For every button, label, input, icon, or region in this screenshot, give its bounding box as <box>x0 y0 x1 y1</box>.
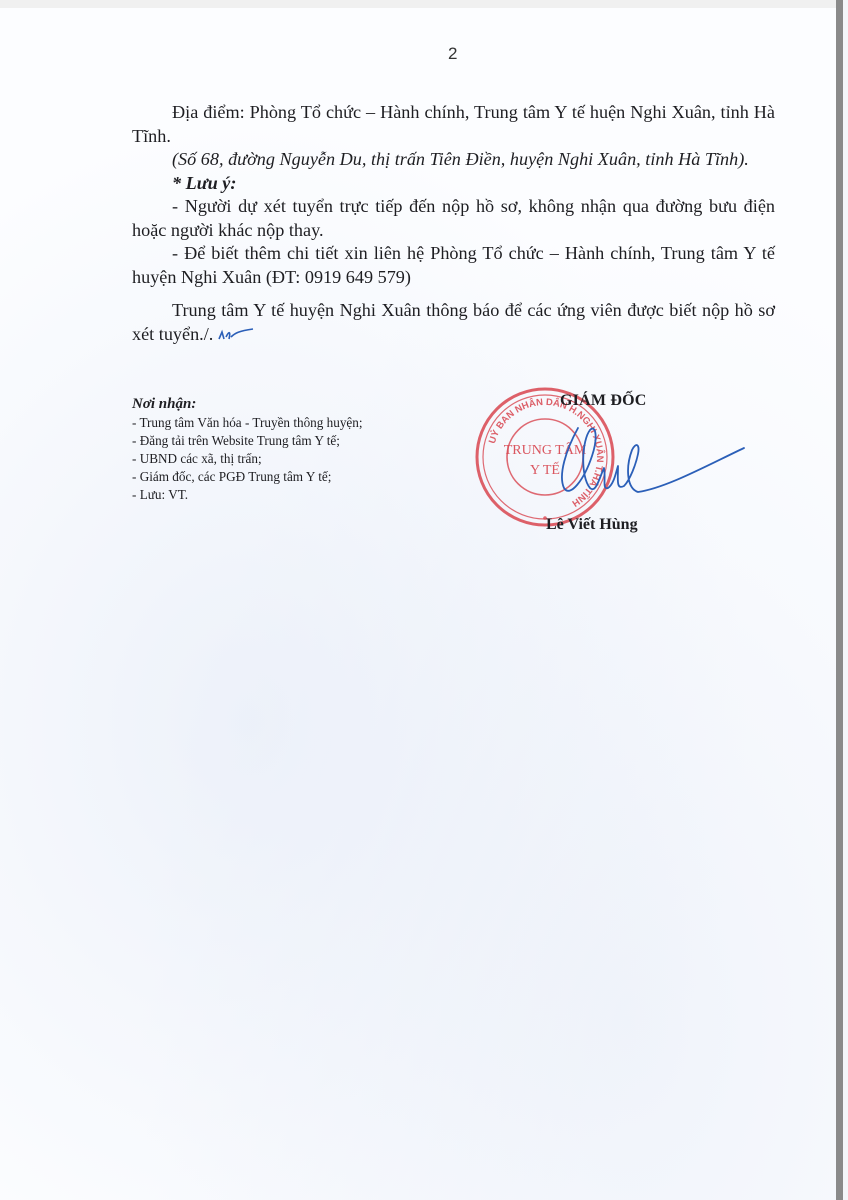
address-paragraph: (Số 68, đường Nguyễn Du, thị trấn Tiên Đ… <box>132 148 775 172</box>
handwritten-signature-icon <box>466 380 766 520</box>
recipient-item: - UBND các xã, thị trấn; <box>132 450 363 468</box>
viewer-right-edge <box>843 0 848 1200</box>
viewer-scrollbar[interactable] <box>836 0 843 1200</box>
document-page: 2 Địa điểm: Phòng Tổ chức – Hành chính, … <box>0 8 836 1200</box>
signer-name: Lê Viết Hùng <box>546 516 638 534</box>
signature-block: UỶ BAN NHÂN DÂN H.NGHI XUÂN T.HÀ TĨNH TR… <box>466 380 766 550</box>
recipients-block: Nơi nhận: - Trung tâm Văn hóa - Truyền t… <box>132 394 363 504</box>
note-item: - Người dự xét tuyển trực tiếp đến nộp h… <box>132 195 775 242</box>
initials-mark-icon <box>217 327 255 343</box>
location-paragraph: Địa điểm: Phòng Tổ chức – Hành chính, Tr… <box>132 101 775 148</box>
page-number: 2 <box>448 44 457 64</box>
note-title: * Lưu ý: <box>132 172 775 196</box>
document-body: Địa điểm: Phòng Tổ chức – Hành chính, Tr… <box>132 101 775 346</box>
recipients-title: Nơi nhận: <box>132 394 363 414</box>
closing-paragraph: Trung tâm Y tế huyện Nghi Xuân thông báo… <box>132 299 775 346</box>
recipient-item: - Lưu: VT. <box>132 486 363 504</box>
viewer-top-bar <box>0 0 848 8</box>
recipient-item: - Trung tâm Văn hóa - Truyền thông huyện… <box>132 414 363 432</box>
note-item: - Để biết thêm chi tiết xin liên hệ Phòn… <box>132 242 775 289</box>
recipient-item: - Đăng tải trên Website Trung tâm Y tế; <box>132 432 363 450</box>
recipient-item: - Giám đốc, các PGĐ Trung tâm Y tế; <box>132 468 363 486</box>
